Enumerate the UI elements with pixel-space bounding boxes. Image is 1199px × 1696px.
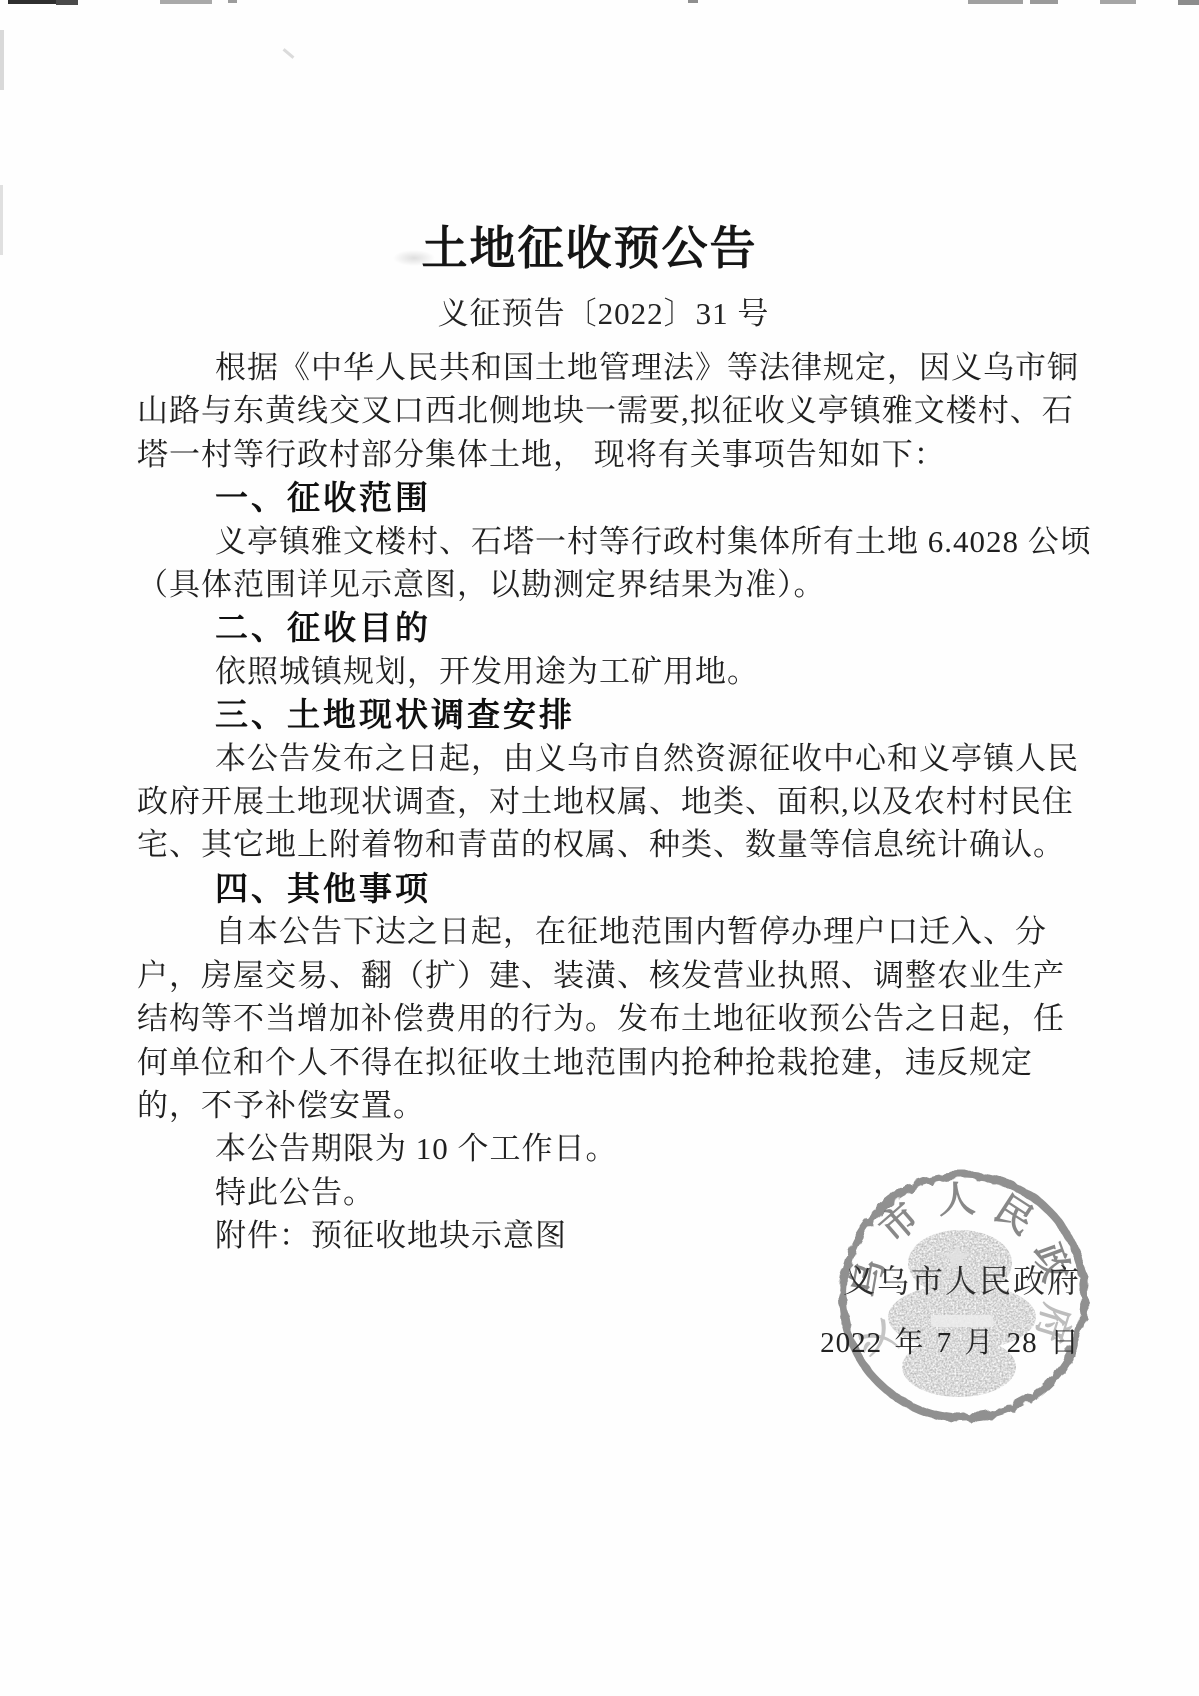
body-line: 塔一村等行政村部分集体土地， 现将有关事项告知如下： — [137, 433, 1069, 476]
date: 2022 年 7 月 28 日 — [800, 1320, 1100, 1361]
page-title: 土地征收预公告 — [0, 222, 1189, 274]
scan-artifact — [283, 48, 295, 59]
body-line: 本公告发布之日起，由义乌市自然资源征收中心和义亭镇人民 — [137, 737, 1069, 780]
document-number: 义征预告〔2022〕31 号 — [4, 295, 1199, 333]
document-body: 根据《中华人民共和国土地管理法》等法律规定，因义乌市铜山路与东黄线交叉口西北侧地… — [137, 346, 1069, 1258]
body-line: 结构等不当增加补偿费用的行为。发布土地征收预公告之日起，任 — [137, 997, 1069, 1040]
section-heading: 一、征收范围 — [137, 476, 1069, 519]
scan-artifact — [1030, 0, 1058, 4]
scan-artifact — [0, 30, 4, 90]
body-line: 本公告期限为 10 个工作日。 — [137, 1127, 1069, 1170]
body-line: 何单位和个人不得在拟征收土地范围内抢种抢栽抢建，违反规定 — [137, 1041, 1069, 1084]
body-line: 宅、其它地上附着物和青苗的权属、种类、数量等信息统计确认。 — [137, 823, 1069, 866]
body-line: （具体范围详见示意图，以勘测定界结果为准）。 — [137, 563, 1069, 606]
document-page: 土地征收预公告 义征预告〔2022〕31 号 根据《中华人民共和国土地管理法》等… — [0, 0, 1199, 1696]
scan-artifact — [56, 0, 78, 5]
body-line: 自本公告下达之日起，在征地范围内暂停办理户口迁入、分 — [137, 910, 1069, 953]
scan-artifact — [1178, 0, 1199, 5]
scan-artifact — [160, 0, 212, 4]
body-line: 政府开展土地现状调查，对土地权属、地类、面积,以及农村村民住 — [137, 780, 1069, 823]
body-line: 根据《中华人民共和国土地管理法》等法律规定，因义乌市铜 — [137, 346, 1069, 389]
body-line: 义亭镇雅文楼村、石塔一村等行政村集体所有土地 6.4028 公顷 — [137, 520, 1069, 563]
section-heading: 二、征收目的 — [137, 606, 1069, 649]
scan-artifact — [228, 0, 237, 3]
body-line: 依照城镇规划，开发用途为工矿用地。 — [137, 650, 1069, 693]
section-heading: 四、其他事项 — [137, 867, 1069, 910]
scan-artifact — [1100, 0, 1136, 4]
scan-artifact — [688, 0, 698, 3]
seal-arc-char: 人 — [937, 1178, 976, 1221]
body-line: 的，不予补偿安置。 — [137, 1084, 1069, 1127]
scan-artifact — [968, 0, 1023, 4]
body-line: 山路与东黄线交叉口西北侧地块一需要,拟征收义亭镇雅文楼村、石 — [137, 389, 1069, 432]
body-line: 户，房屋交易、翻（扩）建、装潢、核发营业执照、调整农业生产 — [137, 954, 1069, 997]
signature: 义乌市人民政府 — [822, 1256, 1102, 1302]
section-heading: 三、土地现状调查安排 — [137, 693, 1069, 736]
scan-artifact — [8, 0, 56, 4]
